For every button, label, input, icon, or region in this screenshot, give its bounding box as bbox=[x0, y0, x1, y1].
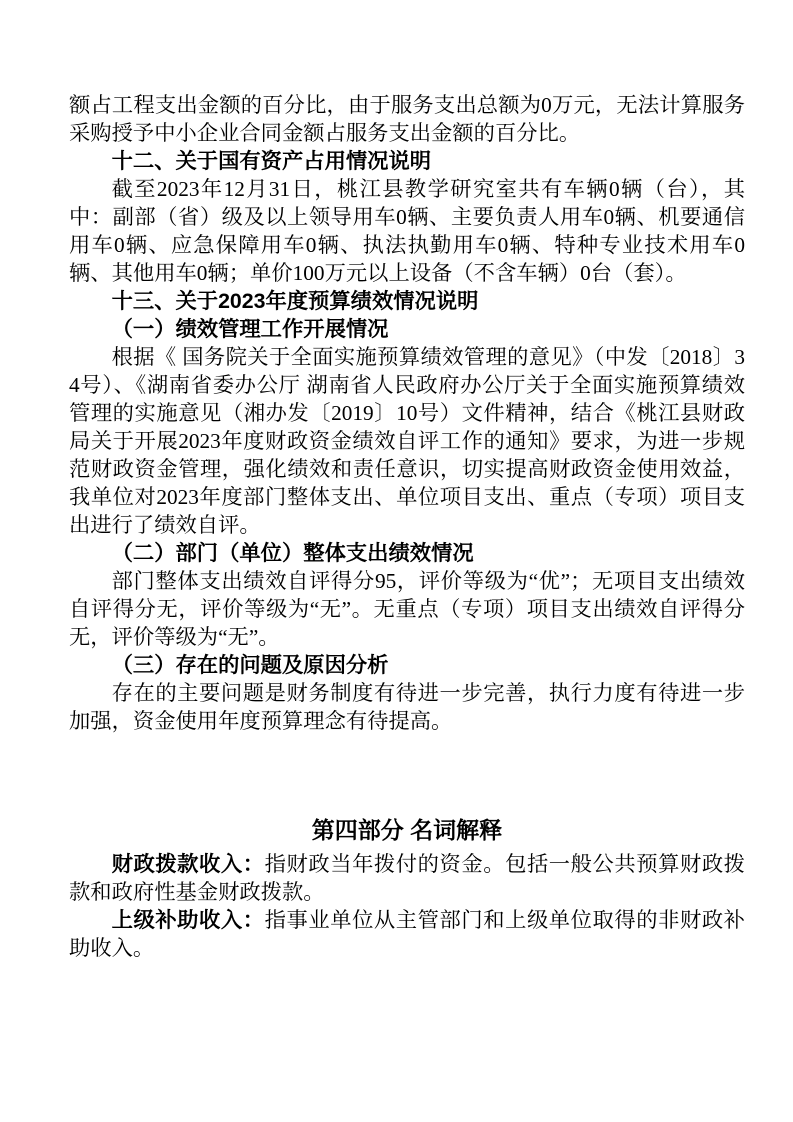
paragraph-performance-management-detail: 根据《 国务院关于全面实施预算绩效管理的意见》（中发〔2018〕34号）、《湖南… bbox=[69, 343, 745, 539]
term-paragraph-superior-subsidy: 上级补助收入：指事业单位从主管部门和上级单位取得的非财政补助收入。 bbox=[69, 906, 745, 962]
heading-section-12-state-assets: 十二、关于国有资产占用情况说明 bbox=[69, 147, 745, 175]
paragraph-state-assets-detail: 截至2023年12月31日，桃江县教学研究室共有车辆0辆（台），其中：副部（省）… bbox=[69, 175, 745, 287]
term-label-superior-subsidy: 上级补助收入： bbox=[112, 908, 265, 932]
heading-subsection-2-overall-expenditure: （二）部门（单位）整体支出绩效情况 bbox=[69, 539, 745, 567]
term-label-fiscal-appropriation: 财政拨款收入： bbox=[112, 852, 265, 876]
paragraph-problems-analysis-detail: 存在的主要问题是财务制度有待进一步完善，执行力度有待进一步加强，资金使用年度预算… bbox=[69, 679, 745, 735]
section-title-part-4-glossary: 第四部分 名词解释 bbox=[69, 814, 745, 846]
term-paragraph-fiscal-appropriation: 财政拨款收入：指财政当年拨付的资金。包括一般公共预算财政拨款和政府性基金财政拨款… bbox=[69, 850, 745, 906]
heading-subsection-1-performance-management: （一）绩效管理工作开展情况 bbox=[69, 315, 745, 343]
glossary-terms: 财政拨款收入：指财政当年拨付的资金。包括一般公共预算财政拨款和政府性基金财政拨款… bbox=[69, 850, 745, 962]
paragraph-overall-expenditure-detail: 部门整体支出绩效自评得分95，评价等级为“优”；无项目支出绩效自评得分无，评价等… bbox=[69, 567, 745, 651]
heading-section-13-budget-performance: 十三、关于2023年度预算绩效情况说明 bbox=[69, 287, 745, 315]
heading-subsection-3-problems-analysis: （三）存在的问题及原因分析 bbox=[69, 651, 745, 679]
document-page: 额占工程支出金额的百分比，由于服务支出总额为0万元，无法计算服务采购授予中小企业… bbox=[0, 0, 793, 1122]
paragraph-procurement-continuation: 额占工程支出金额的百分比，由于服务支出总额为0万元，无法计算服务采购授予中小企业… bbox=[69, 91, 745, 147]
